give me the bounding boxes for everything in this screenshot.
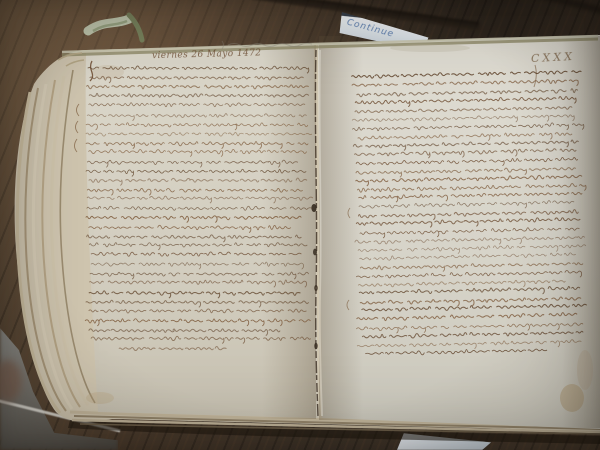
ribbon-tie	[88, 15, 142, 40]
gutter-shade-right	[319, 36, 363, 420]
manuscript-book	[0, 0, 600, 450]
photo-scene: Continue	[0, 0, 600, 450]
gutter-shade-left	[262, 45, 316, 419]
folio-number: CXXX	[531, 50, 576, 65]
